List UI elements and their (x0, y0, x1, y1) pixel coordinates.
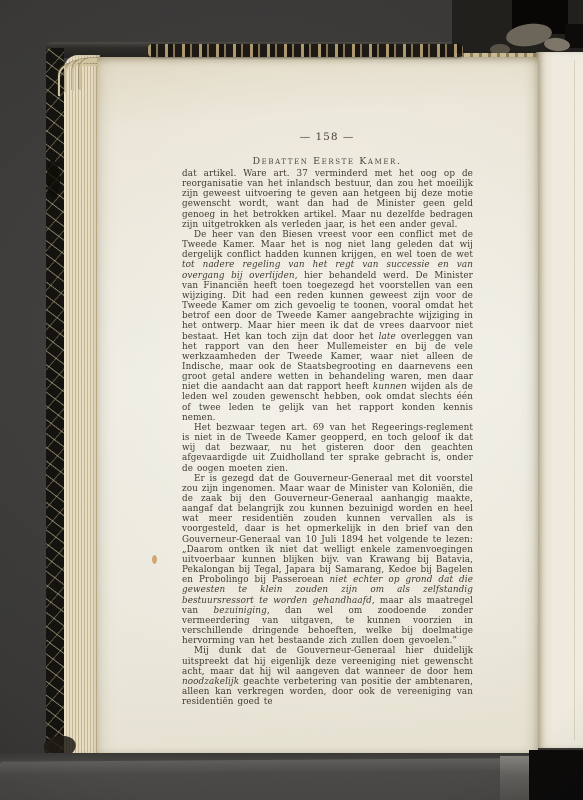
text-segment: Er is gezegd dat de Gouverneur-Generaal … (182, 474, 473, 586)
text-segment: dat artikel. Ware art. 37 verminderd met… (182, 169, 473, 230)
paragraph: Er is gezegd dat de Gouverneur-Generaal … (182, 474, 473, 647)
paragraph: Het bezwaar tegen art. 69 van het Regeer… (182, 423, 473, 474)
paragraph: dat artikel. Ware art. 37 verminderd met… (182, 169, 473, 230)
paper-flaw (152, 555, 157, 564)
worn-top-edge (148, 44, 463, 57)
page-number: — 158 — (182, 131, 472, 143)
cover-wear-mark (47, 160, 60, 198)
italic-text-segment: late (379, 332, 396, 342)
book-page: — 158 — Debatten Eerste Kamer. dat artik… (97, 57, 538, 755)
text-segment: De heer van den Biesen vreest voor een c… (182, 230, 473, 260)
italic-text-segment: kunnen (373, 382, 407, 392)
italic-text-segment: bezuiniging (214, 606, 267, 616)
text-segment: Het bezwaar tegen art. 69 van het Regeer… (182, 423, 473, 474)
bottom-gray-strip (500, 756, 531, 800)
paragraph: De heer van den Biesen vreest voor een c… (182, 230, 473, 423)
text-segment: Mij dunk dat de Gouverneur-Generaal hier… (182, 646, 473, 676)
text-block: dat artikel. Ware art. 37 verminderd met… (182, 169, 473, 707)
facing-page (538, 52, 583, 748)
running-title: Debatten Eerste Kamer. (182, 156, 472, 167)
book-cover-left-edge (46, 48, 64, 757)
facing-page-crease (574, 60, 575, 740)
paragraph: Mij dunk dat de Gouverneur-Generaal hier… (182, 646, 473, 707)
book-scan-photo: — 158 — Debatten Eerste Kamer. dat artik… (0, 0, 583, 800)
bottom-shadow-corner (529, 750, 583, 800)
italic-text-segment: noodzakelijk (182, 677, 239, 687)
page-stack-edges (64, 55, 100, 755)
